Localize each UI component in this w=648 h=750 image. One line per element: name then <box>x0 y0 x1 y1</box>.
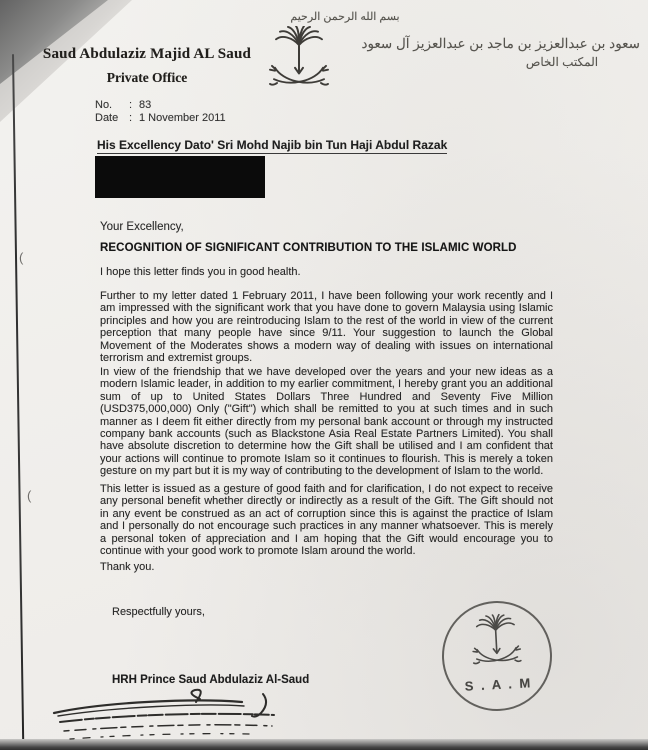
opening-line: I hope this letter finds you in good hea… <box>100 266 301 278</box>
pen-mark: ( <box>27 488 31 503</box>
ref-date-value: 1 November 2011 <box>139 112 226 125</box>
sender-office: Private Office <box>40 70 254 86</box>
subject-line: RECOGNITION OF SIGNIFICANT CONTRIBUTION … <box>100 242 517 254</box>
ref-date-separator: : <box>129 112 139 125</box>
scanned-letter-page: ( ( بسم الله الرحمن الرحيم Saud Abdulazi… <box>0 0 648 750</box>
sender-office-arabic: المكتب الخاص <box>512 55 612 69</box>
ref-no-separator: : <box>129 99 139 112</box>
ref-no-label: No. <box>95 99 129 112</box>
redacted-address-block <box>95 156 265 198</box>
recipient-name: His Excellency Dato' Sri Mohd Najib bin … <box>97 138 447 154</box>
letterhead-arabic-block: سعود بن عبدالعزيز بن ماجد بن عبدالعزيز آ… <box>380 36 640 71</box>
handwritten-signature <box>44 686 312 746</box>
closing-line: Thank you. <box>100 561 154 573</box>
private-office-seal: S . A . M <box>439 598 555 714</box>
palm-and-swords-emblem-icon <box>267 26 331 98</box>
ref-date-label: Date <box>95 112 129 125</box>
body-paragraph-1: Further to my letter dated 1 February 20… <box>100 290 553 364</box>
bismillah-calligraphy: بسم الله الرحمن الرحيم <box>250 10 440 23</box>
signatory-name: HRH Prince Saud Abdulaziz Al-Saud <box>112 674 309 686</box>
reference-date-row: Date : 1 November 2011 <box>95 112 226 125</box>
letterhead-sender-block: Saud Abdulaziz Majid AL Saud Private Off… <box>40 46 254 86</box>
reference-block: No. : 83 Date : 1 November 2011 <box>95 99 226 125</box>
seal-palm-swords-icon <box>469 613 524 676</box>
body-paragraph-3: This letter is issued as a gesture of go… <box>100 483 553 557</box>
reference-number-row: No. : 83 <box>95 99 226 112</box>
body-paragraph-2: In view of the friendship that we have d… <box>100 366 553 478</box>
pen-mark: ( <box>19 250 23 265</box>
ref-no-value: 83 <box>139 99 151 112</box>
sender-name-arabic: سعود بن عبدالعزيز بن ماجد بن عبدالعزيز آ… <box>380 36 640 52</box>
salutation: Your Excellency, <box>100 221 184 233</box>
sender-name: Saud Abdulaziz Majid AL Saud <box>40 46 254 63</box>
complimentary-close: Respectfully yours, <box>112 606 205 618</box>
scan-edge-line <box>12 54 24 750</box>
